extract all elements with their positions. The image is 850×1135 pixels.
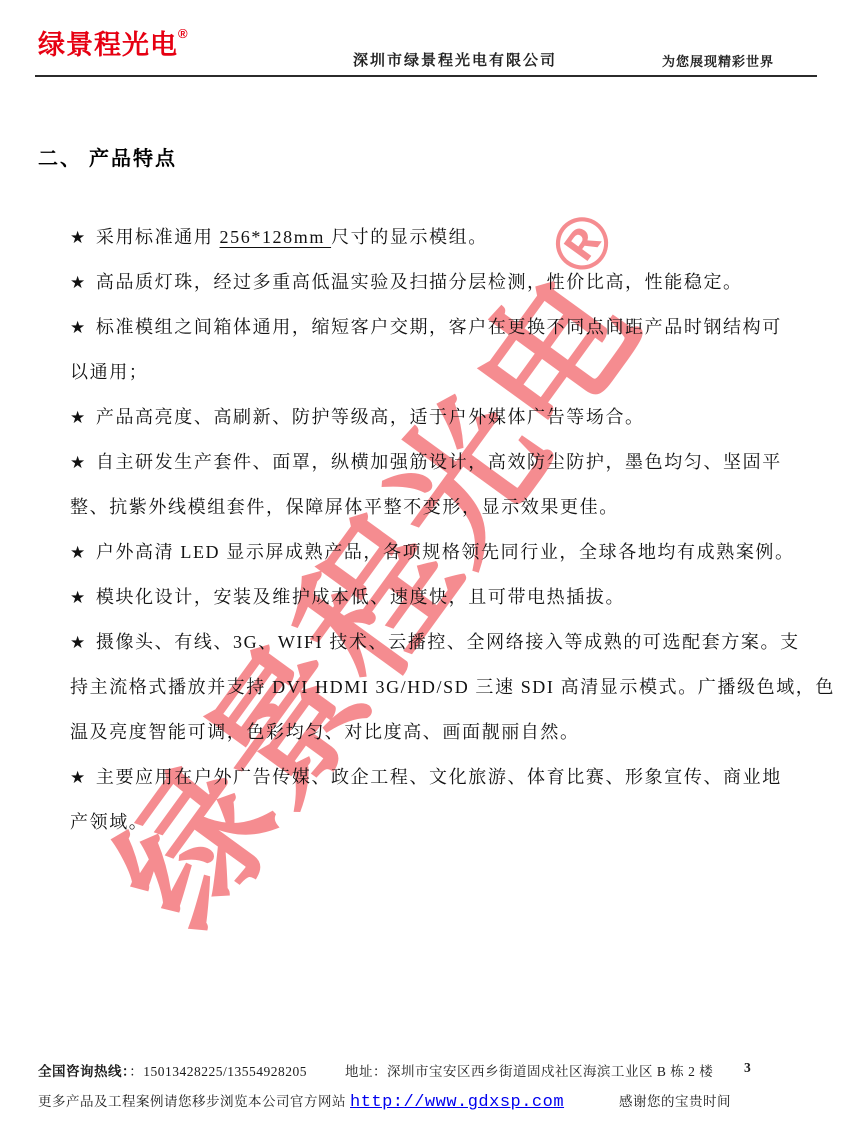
logo-text: 绿景程光电: [38, 30, 178, 60]
feature-line: ★户外高清 LED 显示屏成熟产品，各项规格领先同行业，全球各地均有成熟案例。: [70, 530, 810, 575]
hotline-numbers: ：15013428225/13554928205: [129, 1064, 307, 1079]
company-logo: 绿景程光电®: [38, 27, 188, 59]
footer-website-line: 更多产品及工程案例请您移步浏览本公司官方网站http://www.gdxsp.c…: [38, 1090, 815, 1112]
feature-line: ★自主研发生产套件、面罩，纵横加强筋设计，高效防尘防护，墨色均匀、坚固平: [70, 440, 810, 485]
feature-item: ★产品高亮度、高刷新、防护等级高，适于户外媒体广告等场合。: [70, 395, 810, 440]
star-bullet-icon: ★: [70, 273, 87, 292]
footer-contact-line: 全国咨询热线：：15013428225/13554928205 地址：深圳市宝安…: [38, 1060, 815, 1080]
star-bullet-icon: ★: [70, 768, 87, 787]
star-bullet-icon: ★: [70, 408, 87, 427]
feature-item: ★户外高清 LED 显示屏成熟产品，各项规格领先同行业，全球各地均有成熟案例。: [70, 530, 810, 575]
feature-text: 持主流格式播放并支持 DVI HDMI 3G/HD/SD 三速 SDI 高清显示…: [70, 677, 835, 697]
feature-item: ★主要应用在户外广告传媒、政企工程、文化旅游、体育比赛、形象宣传、商业地产领域。: [70, 755, 810, 845]
feature-item: ★自主研发生产套件、面罩，纵横加强筋设计，高效防尘防护，墨色均匀、坚固平整、抗紫…: [70, 440, 810, 530]
feature-text: 户外高清 LED 显示屏成熟产品，各项规格领先同行业，全球各地均有成熟案例。: [96, 542, 795, 562]
feature-item: ★高品质灯珠，经过多重高低温实验及扫描分层检测，性价比高，性能稳定。: [70, 260, 810, 305]
feature-line: 以通用；: [70, 350, 810, 395]
header-company-name: 深圳市绿景程光电有限公司: [353, 49, 557, 70]
feature-item: ★摄像头、有线、3G、WIFI 技术、云播控、全网络接入等成熟的可选配套方案。支…: [70, 620, 810, 755]
feature-line: ★产品高亮度、高刷新、防护等级高，适于户外媒体广告等场合。: [70, 395, 810, 440]
feature-text: 温及亮度智能可调，色彩均匀、对比度高、画面靓丽自然。: [70, 722, 580, 742]
star-bullet-icon: ★: [70, 228, 87, 247]
feature-line: ★采用标准通用 256*128mm 尺寸的显示模组。: [70, 215, 810, 260]
star-bullet-icon: ★: [70, 588, 87, 607]
company-address: 地址：深圳市宝安区西乡街道固戍社区海滨工业区 B 栋 2 楼: [345, 1060, 713, 1080]
feature-line: ★主要应用在户外广告传媒、政企工程、文化旅游、体育比赛、形象宣传、商业地: [70, 755, 810, 800]
feature-text: 产领域。: [70, 812, 148, 832]
feature-text: 尺寸的显示模组。: [331, 227, 488, 247]
more-info-text: 更多产品及工程案例请您移步浏览本公司官方网站: [38, 1094, 346, 1109]
feature-line: 产领域。: [70, 800, 810, 845]
feature-text: 整、抗紫外线模组套件，保障屏体平整不变形，显示效果更佳。: [70, 497, 619, 517]
feature-line: ★模块化设计，安装及维护成本低、速度快，且可带电热插拔。: [70, 575, 810, 620]
thanks-text: 感谢您的宝贵时间: [619, 1094, 731, 1109]
underlined-text: 256*128mm: [220, 227, 332, 247]
star-bullet-icon: ★: [70, 453, 87, 472]
feature-line: 持主流格式播放并支持 DVI HDMI 3G/HD/SD 三速 SDI 高清显示…: [70, 665, 810, 710]
feature-item: ★标准模组之间箱体通用，缩短客户交期，客户在更换不同点间距产品时钢结构可以通用；: [70, 305, 810, 395]
feature-line: 整、抗紫外线模组套件，保障屏体平整不变形，显示效果更佳。: [70, 485, 810, 530]
feature-text: 采用标准通用: [96, 227, 220, 247]
feature-line: ★高品质灯珠，经过多重高低温实验及扫描分层检测，性价比高，性能稳定。: [70, 260, 810, 305]
star-bullet-icon: ★: [70, 543, 87, 562]
page-header: 绿景程光电® 深圳市绿景程光电有限公司 为您展现精彩世界: [35, 0, 817, 77]
feature-list: ★采用标准通用 256*128mm 尺寸的显示模组。★高品质灯珠，经过多重高低温…: [70, 215, 810, 845]
section-title: 二、 产品特点: [38, 142, 177, 171]
feature-text: 摄像头、有线、3G、WIFI 技术、云播控、全网络接入等成熟的可选配套方案。支: [96, 632, 800, 652]
feature-text: 高品质灯珠，经过多重高低温实验及扫描分层检测，性价比高，性能稳定。: [96, 272, 743, 292]
feature-text: 标准模组之间箱体通用，缩短客户交期，客户在更换不同点间距产品时钢结构可: [96, 317, 782, 337]
star-bullet-icon: ★: [70, 633, 87, 652]
feature-line: 温及亮度智能可调，色彩均匀、对比度高、画面靓丽自然。: [70, 710, 810, 755]
feature-item: ★模块化设计，安装及维护成本低、速度快，且可带电热插拔。: [70, 575, 810, 620]
feature-item: ★采用标准通用 256*128mm 尺寸的显示模组。: [70, 215, 810, 260]
hotline: 全国咨询热线：：15013428225/13554928205: [38, 1064, 307, 1079]
header-slogan: 为您展现精彩世界: [662, 51, 774, 70]
document-page: 绿景程光电® 绿景程光电® 深圳市绿景程光电有限公司 为您展现精彩世界 二、 产…: [0, 0, 850, 1135]
feature-text: 主要应用在户外广告传媒、政企工程、文化旅游、体育比赛、形象宣传、商业地: [96, 767, 782, 787]
feature-text: 以通用；: [70, 362, 148, 382]
feature-text: 产品高亮度、高刷新、防护等级高，适于户外媒体广告等场合。: [96, 407, 645, 427]
hotline-label: 全国咨询热线：: [38, 1064, 129, 1079]
page-number: 3: [744, 1060, 751, 1076]
feature-line: ★摄像头、有线、3G、WIFI 技术、云播控、全网络接入等成熟的可选配套方案。支: [70, 620, 810, 665]
website-link[interactable]: http://www.gdxsp.com: [350, 1093, 564, 1112]
logo-registered-icon: ®: [178, 26, 188, 41]
feature-text: 自主研发生产套件、面罩，纵横加强筋设计，高效防尘防护，墨色均匀、坚固平: [96, 452, 782, 472]
feature-text: 模块化设计，安装及维护成本低、速度快，且可带电热插拔。: [96, 587, 625, 607]
feature-line: ★标准模组之间箱体通用，缩短客户交期，客户在更换不同点间距产品时钢结构可: [70, 305, 810, 350]
star-bullet-icon: ★: [70, 318, 87, 337]
page-footer: 全国咨询热线：：15013428225/13554928205 地址：深圳市宝安…: [38, 1045, 815, 1135]
